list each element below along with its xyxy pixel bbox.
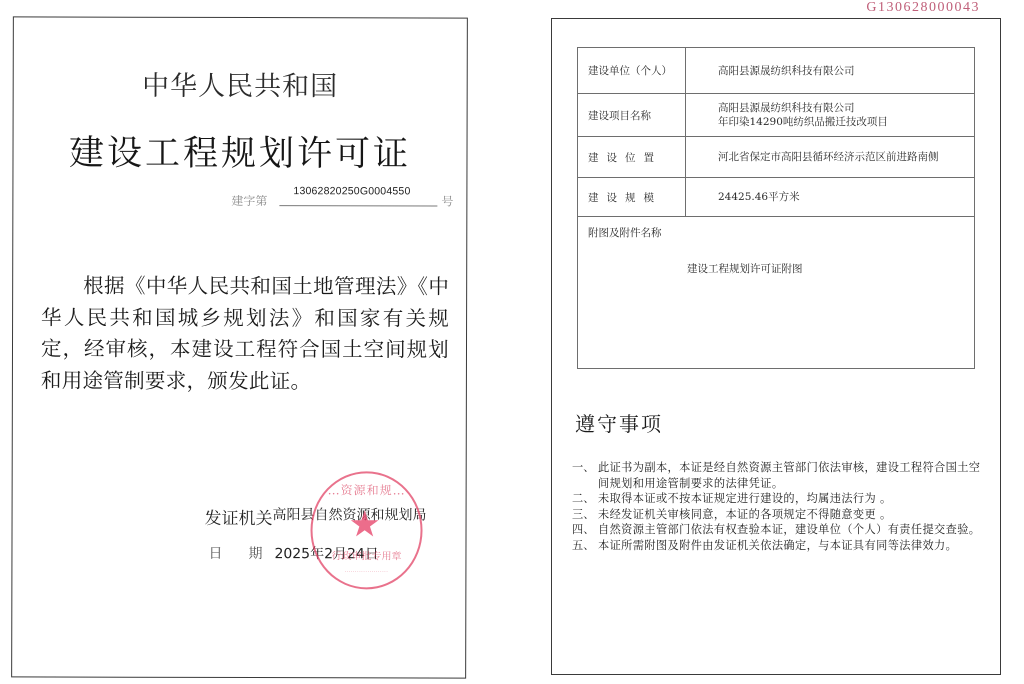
rule-text: 未取得本证或不按本证规定进行建设的，均属违法行为 。 [598, 491, 986, 507]
rule-text: 未经发证机关审核同意，本证的各项规定不得随意变更 。 [598, 507, 986, 523]
seal-top-text: …资源和规… [327, 481, 407, 498]
value-builder: 高阳县源晟纺织科技有限公司 [686, 48, 975, 94]
rule-text: 自然资源主管部门依法有权查验本证，建设单位（个人）有责任提交查验。 [598, 522, 986, 538]
value-project-name: 高阳县源晟纺织科技有限公司 年印染14290吨纺织品搬迁技改项目 [686, 94, 975, 137]
certificate-details-page: 建设单位（个人） 高阳县源晟纺织科技有限公司 建设项目名称 高阳县源晟纺织科技有… [551, 18, 1001, 675]
issue-date-row: 日期2025年2月24日 [208, 543, 378, 563]
rule-item: 二、 未取得本证或不按本证规定进行建设的，均属违法行为 。 [572, 491, 986, 507]
table-row-attachments: 附图及附件名称 建设工程规划许可证附图 [578, 217, 975, 369]
permit-number-value: 13062820250G0004550 [293, 185, 410, 197]
rule-text: 此证书为副本，本证是经自然资源主管部门依法审核，建设工程符合国土空间规划和用途管… [598, 460, 986, 491]
rule-item: 一、 此证书为副本，本证是经自然资源主管部门依法审核，建设工程符合国土空间规划和… [572, 460, 986, 491]
certificate-body-text: 根据《中华人民共和国土地管理法》《中华人民共和国城乡规划法》和国家有关规定，经审… [41, 270, 449, 397]
label-builder: 建设单位（个人） [578, 48, 686, 94]
permit-number-underline [279, 205, 437, 206]
label-location: 建设位置 [578, 137, 686, 178]
rule-number: 五、 [572, 538, 598, 554]
certificate-front-page: 中华人民共和国 建设工程规划许可证 建字第 13062820250G000455… [11, 16, 468, 678]
rule-number: 一、 [572, 460, 598, 491]
label-project-name: 建设项目名称 [578, 94, 686, 137]
rule-text: 本证所需附图及附件由发证机关依法确定，与本证具有同等法律效力。 [598, 538, 986, 554]
issuer-label: 发证机关 [205, 509, 273, 529]
project-info-table: 建设单位（个人） 高阳县源晟纺织科技有限公司 建设项目名称 高阳县源晟纺织科技有… [577, 47, 975, 369]
issue-date-value: 2025年2月24日 [274, 546, 378, 562]
value-scale: 24425.46平方米 [686, 178, 975, 217]
value-project-name-line1: 高阳县源晟纺织科技有限公司 [718, 101, 974, 115]
issuer-value: 高阳县自然资源和规划局 [273, 507, 427, 523]
seal-code: ····················· [334, 569, 398, 575]
attachments-label: 附图及附件名称 [588, 225, 662, 240]
rule-number: 三、 [572, 507, 598, 523]
issuer-row: 发证机关高阳县自然资源和规划局 [205, 504, 427, 530]
table-row-scale: 建设规模 24425.46平方米 [578, 178, 975, 217]
value-location: 河北省保定市高阳县循环经济示范区前进路南侧 [686, 137, 975, 178]
table-row-project-name: 建设项目名称 高阳县源晟纺织科技有限公司 年印染14290吨纺织品搬迁技改项目 [578, 94, 975, 137]
table-row-location: 建设位置 河北省保定市高阳县循环经济示范区前进路南侧 [578, 137, 975, 178]
rule-item: 三、 未经发证机关审核同意，本证的各项规定不得随意变更 。 [572, 507, 986, 523]
permit-number-row: 建字第 13062820250G0004550 号 [231, 186, 453, 209]
value-project-name-line2: 年印染14290吨纺织品搬迁技改项目 [718, 115, 974, 129]
rules-list: 一、 此证书为副本，本证是经自然资源主管部门依法审核，建设工程符合国土空间规划和… [572, 460, 986, 553]
rules-title: 遵守事项 [575, 408, 663, 437]
rule-item: 五、 本证所需附图及附件由发证机关依法确定，与本证具有同等法律效力。 [572, 538, 986, 554]
attachments-cell: 附图及附件名称 建设工程规划许可证附图 [578, 217, 975, 369]
rule-item: 四、 自然资源主管部门依法有权查验本证，建设单位（个人）有责任提交查验。 [572, 522, 986, 538]
permit-number-prefix: 建字第 [231, 192, 267, 209]
attachments-value: 建设工程规划许可证附图 [687, 261, 803, 276]
country-name: 中华人民共和国 [14, 63, 467, 103]
serial-number: G130628000043 [866, 0, 980, 16]
table-row-builder: 建设单位（个人） 高阳县源晟纺织科技有限公司 [578, 48, 975, 94]
rule-number: 二、 [572, 491, 598, 507]
certificate-title: 建设工程规划许可证 [13, 125, 466, 176]
official-seal: …资源和规… ★ 行政审批专用章 ····················· [310, 471, 422, 589]
rule-number: 四、 [572, 522, 598, 538]
label-scale: 建设规模 [578, 178, 686, 217]
permit-number-suffix: 号 [441, 193, 453, 210]
